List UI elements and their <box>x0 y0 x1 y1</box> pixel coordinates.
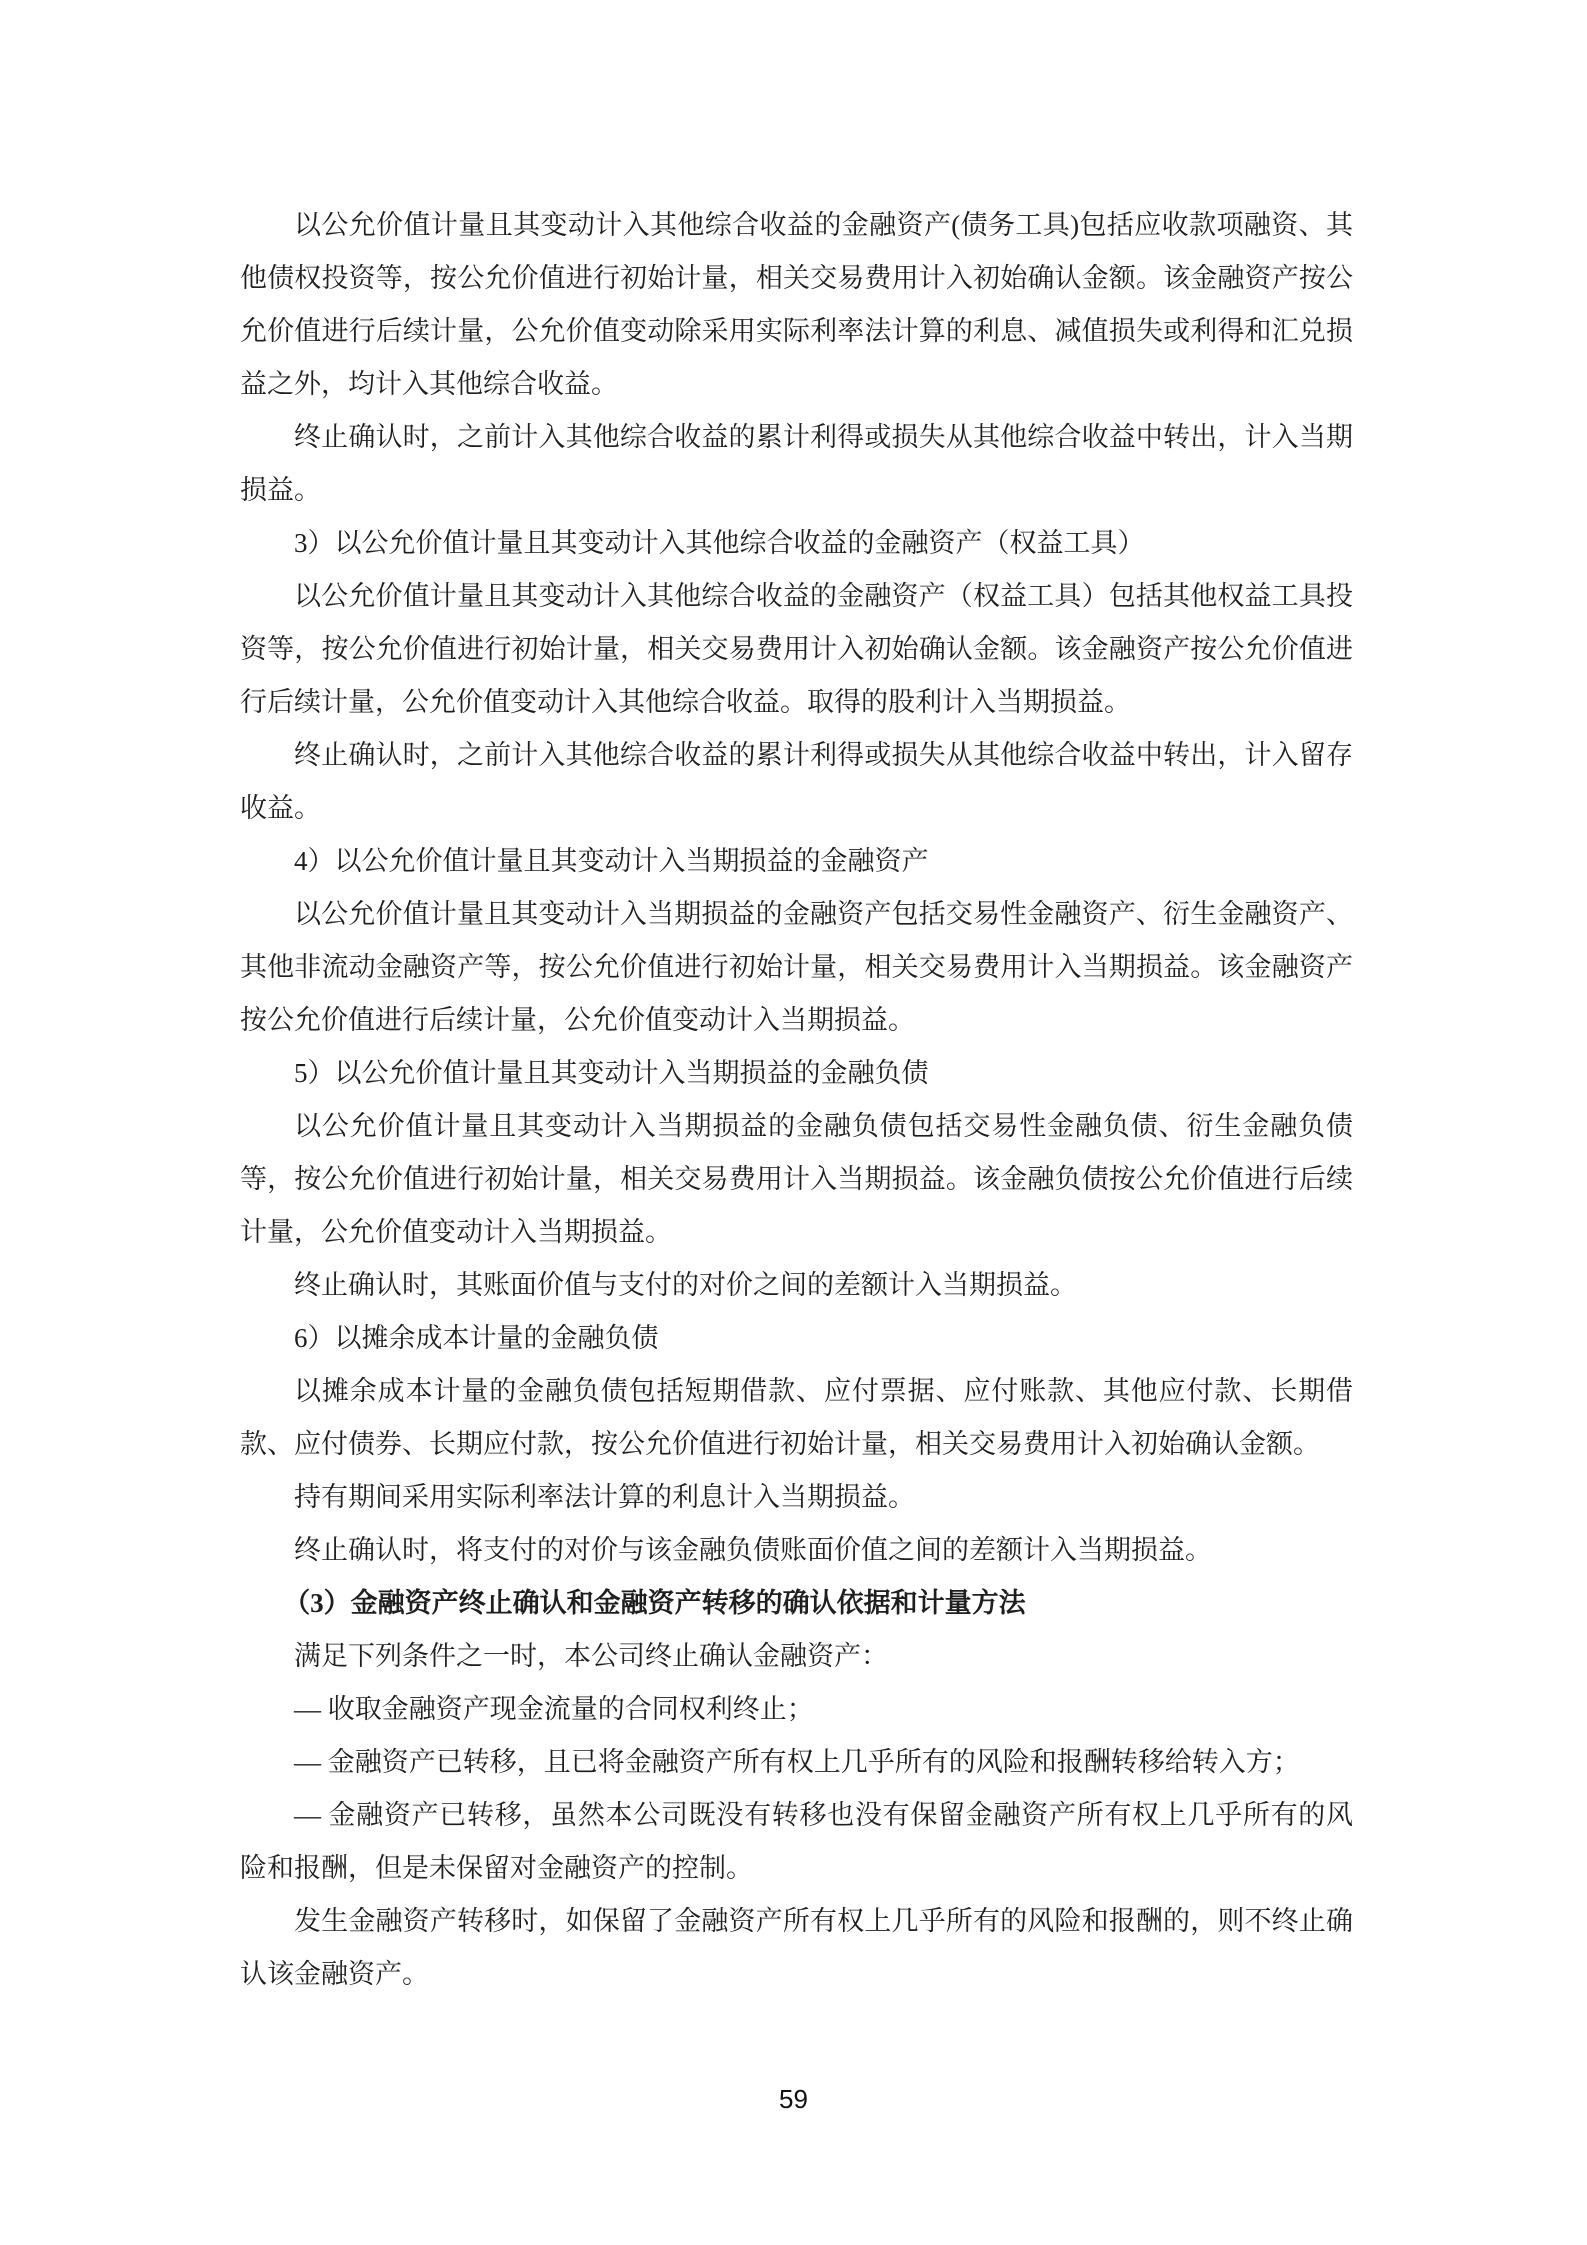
document-body: 以公允价值计量且其变动计入其他综合收益的金融资产(债务工具)包括应收款项融资、其… <box>240 199 1353 2001</box>
para-fvoci-equity-description: 以公允价值计量且其变动计入其他综合收益的金融资产（权益工具）包括其他权益工具投资… <box>240 570 1353 729</box>
subheading-item5-fvtpl-liabilities: 5）以公允价值计量且其变动计入当期损益的金融负债 <box>240 1047 1353 1100</box>
para-fvoci-debt-description: 以公允价值计量且其变动计入其他综合收益的金融资产(债务工具)包括应收款项融资、其… <box>240 199 1353 411</box>
bullet-condition-control-not-retained: — 金融资产已转移，虽然本公司既没有转移也没有保留金融资产所有权上几乎所有的风险… <box>240 1789 1353 1895</box>
subheading-item4-fvtpl-assets: 4）以公允价值计量且其变动计入当期损益的金融资产 <box>240 835 1353 888</box>
subheading-item6-amortized-cost-liabilities: 6）以摊余成本计量的金融负债 <box>240 1312 1353 1365</box>
para-fvoci-equity-derecognition: 终止确认时，之前计入其他综合收益的累计利得或损失从其他综合收益中转出，计入留存收… <box>240 729 1353 835</box>
page-footer: 59 <box>0 2082 1587 2116</box>
para-amortized-cost-interest: 持有期间采用实际利率法计算的利息计入当期损益。 <box>240 1471 1353 1524</box>
subheading-item3-fvoci-equity: 3）以公允价值计量且其变动计入其他综合收益的金融资产（权益工具） <box>240 517 1353 570</box>
para-fvoci-debt-derecognition: 终止确认时，之前计入其他综合收益的累计利得或损失从其他综合收益中转出，计入当期损… <box>240 411 1353 517</box>
para-fvtpl-assets-description: 以公允价值计量且其变动计入当期损益的金融资产包括交易性金融资产、衍生金融资产、其… <box>240 888 1353 1047</box>
para-fvtpl-liabilities-derecognition: 终止确认时，其账面价值与支付的对价之间的差额计入当期损益。 <box>240 1259 1353 1312</box>
bullet-condition-risks-rewards-transferred: — 金融资产已转移，且已将金融资产所有权上几乎所有的风险和报酬转移给转入方； <box>240 1736 1353 1789</box>
para-amortized-cost-derecognition: 终止确认时，将支付的对价与该金融负债账面价值之间的差额计入当期损益。 <box>240 1524 1353 1577</box>
para-fvtpl-liabilities-description: 以公允价值计量且其变动计入当期损益的金融负债包括交易性金融负债、衍生金融负债等，… <box>240 1100 1353 1259</box>
document-page: 以公允价值计量且其变动计入其他综合收益的金融资产(债务工具)包括应收款项融资、其… <box>0 0 1587 2245</box>
para-transfer-retention-rule: 发生金融资产转移时，如保留了金融资产所有权上几乎所有的风险和报酬的，则不终止确认… <box>240 1895 1353 2001</box>
bullet-condition-contract-rights-end: — 收取金融资产现金流量的合同权利终止； <box>240 1683 1353 1736</box>
section-heading-derecognition-transfer: （3）金融资产终止确认和金融资产转移的确认依据和计量方法 <box>240 1577 1353 1630</box>
page-number: 59 <box>779 2084 808 2114</box>
para-amortized-cost-description: 以摊余成本计量的金融负债包括短期借款、应付票据、应付账款、其他应付款、长期借款、… <box>240 1365 1353 1471</box>
para-derecognition-conditions-intro: 满足下列条件之一时，本公司终止确认金融资产： <box>240 1630 1353 1683</box>
